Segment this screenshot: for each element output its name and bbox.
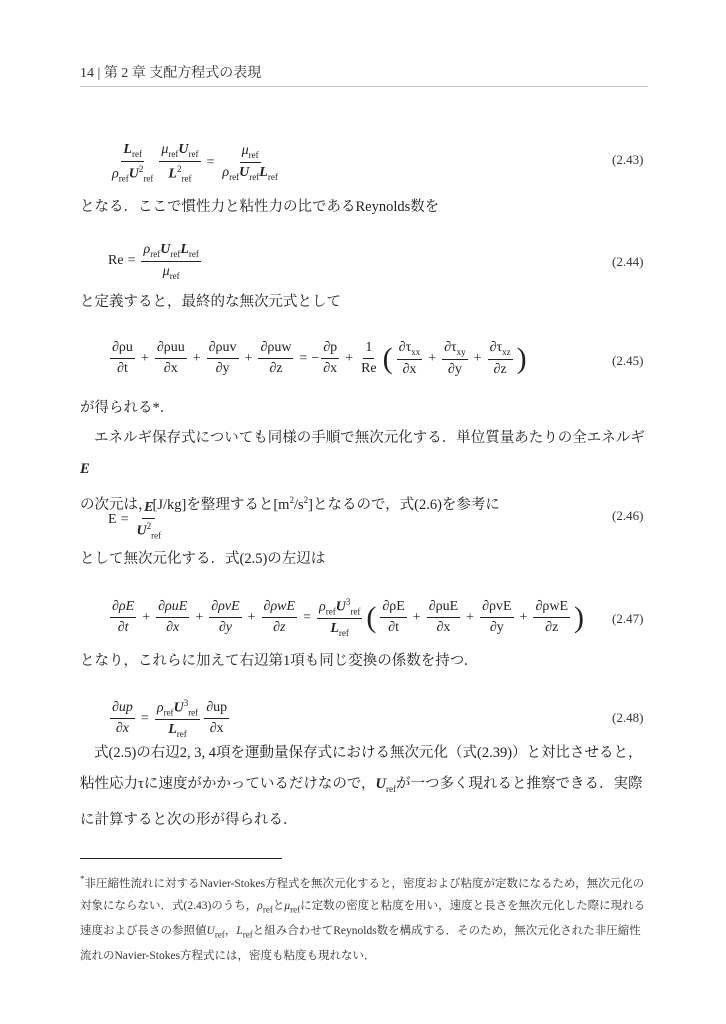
header-rule bbox=[80, 86, 648, 87]
equation-number: (2.46) bbox=[612, 508, 643, 524]
equation-number: (2.44) bbox=[612, 254, 643, 270]
equation-number: (2.43) bbox=[612, 152, 643, 168]
running-header: 14 | 第 2 章 支配方程式の表現 bbox=[80, 62, 261, 82]
equation-number: (2.45) bbox=[612, 353, 643, 369]
fraction: ρrefUrefLref μref bbox=[141, 242, 200, 281]
equation-2-45: ∂ρu∂t + ∂ρuu∂x + ∂ρuv∂y + ∂ρuw∂z = − ∂p∂… bbox=[108, 340, 529, 378]
paragraph: となる．ここで慣性力と粘性力の比であるReynolds数を bbox=[80, 192, 650, 223]
fraction: μref ρrefUrefLref bbox=[220, 143, 279, 182]
header-separator: | bbox=[98, 66, 101, 81]
footnote-rule bbox=[80, 858, 282, 859]
fraction: μrefUref L2ref bbox=[159, 142, 200, 183]
page-number: 14 bbox=[80, 66, 94, 81]
paragraph: となり，これらに加えて右辺第1項も同じ変換の係数を持つ． bbox=[80, 646, 650, 677]
paragraph: 式(2.5)の右辺2, 3, 4項を運動量保存式における無次元化（式(2.39)… bbox=[80, 738, 650, 836]
equation-2-48: ∂up∂x = ρrefU3refLref ∂up∂x bbox=[108, 698, 231, 739]
chapter-title: 第 2 章 支配方程式の表現 bbox=[104, 66, 262, 81]
paragraph: と定義すると，最終的な無次元式として bbox=[80, 287, 650, 318]
equation-2-43: Lref ρrefU2ref μrefUref L2ref = μref ρre… bbox=[108, 142, 282, 183]
equation-2-47: ∂ρE∂t + ∂ρuE∂x + ∂ρvE∂y + ∂ρwE∂z = ρrefU… bbox=[108, 597, 586, 638]
footnote: *非圧縮性流れに対するNavier-Stokes方程式を無次元化すると，密度およ… bbox=[80, 868, 650, 967]
paragraph: として無次元化する．式(2.5)の左辺は bbox=[80, 544, 650, 575]
equation-number: (2.47) bbox=[612, 611, 643, 627]
equation-2-46: E = EU2ref bbox=[108, 500, 165, 540]
equation-2-44: Re = ρrefUrefLref μref bbox=[108, 242, 203, 281]
paragraph: エネルギ保存式についても同様の手順で無次元化する．単位質量あたりの全エネルギE … bbox=[80, 423, 650, 521]
paragraph: が得られる*． bbox=[80, 393, 650, 424]
equation-number: (2.48) bbox=[612, 710, 643, 726]
fraction: Lref ρrefU2ref bbox=[110, 142, 155, 183]
